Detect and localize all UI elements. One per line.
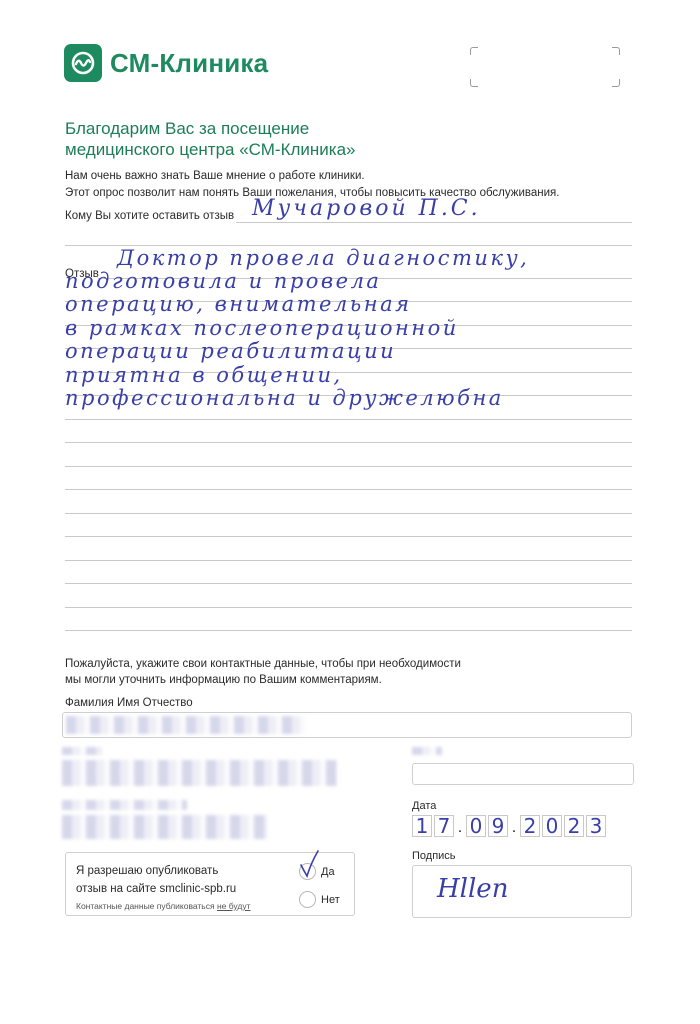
radio-yes-label: Да xyxy=(321,866,335,878)
contact-note-line: мы могли уточнить информацию по Вашим ко… xyxy=(65,672,461,688)
recipient-label: Кому Вы хотите оставить отзыв xyxy=(65,210,234,222)
date-digit: 0 xyxy=(542,815,562,837)
redacted-phone xyxy=(62,760,337,786)
title-line: Благодарим Вас за посещение xyxy=(65,118,356,139)
radio-no-label: Нет xyxy=(321,894,340,906)
review-line: приятна в общении, xyxy=(65,363,343,387)
signature-label: Подпись xyxy=(412,850,456,862)
clinic-logo: СМ-Клиника xyxy=(64,44,268,82)
corner-mark xyxy=(612,79,620,87)
corner-mark xyxy=(470,79,478,87)
ruled-line xyxy=(236,222,632,223)
intro-line: Нам очень важно знать Ваше мнение о рабо… xyxy=(65,168,559,185)
date-separator: . xyxy=(510,819,518,837)
corner-mark xyxy=(612,47,620,55)
signature-field[interactable]: Hllen xyxy=(412,865,632,918)
ruled-line xyxy=(65,583,632,584)
cm-wave-icon xyxy=(64,44,102,82)
redacted-label xyxy=(62,747,102,755)
redacted-label xyxy=(412,747,442,755)
recipient-field[interactable]: Мучаровой П.С. xyxy=(252,196,481,221)
ruled-line xyxy=(65,607,632,608)
contact-note-line: Пожалуйста, укажите свои контактные данн… xyxy=(65,656,461,672)
ruled-line xyxy=(65,536,632,537)
review-line: в рамках послеоперационной xyxy=(65,316,459,340)
ruled-line xyxy=(65,466,632,467)
date-separator: . xyxy=(456,819,464,837)
corner-mark xyxy=(470,47,478,55)
ruled-line xyxy=(65,513,632,514)
review-line: операции реабилитации xyxy=(65,339,396,363)
radio-no[interactable] xyxy=(299,891,316,908)
review-line: профессиональна и дружелюбна xyxy=(65,386,504,410)
contact-note: Пожалуйста, укажите свои контактные данн… xyxy=(65,656,461,688)
publish-consent-box: Я разрешаю опубликовать отзыв на сайте s… xyxy=(65,852,355,916)
redacted-label xyxy=(62,800,187,810)
date-digit: 7 xyxy=(434,815,454,837)
ruled-line xyxy=(65,560,632,561)
consent-note: Контактные данные публиковаться не будут xyxy=(76,901,251,911)
date-digit: 3 xyxy=(586,815,606,837)
review-line: Доктор провела диагностику, xyxy=(117,246,529,270)
ruled-line xyxy=(65,419,632,420)
consent-note-text: Контактные данные публиковаться xyxy=(76,901,217,911)
ruled-line xyxy=(65,442,632,443)
email-field[interactable] xyxy=(412,763,634,785)
date-field[interactable]: 1 7 . 0 9 . 2 0 2 3 xyxy=(412,815,608,837)
date-digit: 9 xyxy=(488,815,508,837)
page-title: Благодарим Вас за посещение медицинского… xyxy=(65,118,356,160)
consent-note-emphasis: не будут xyxy=(217,901,251,911)
redacted-fio xyxy=(66,716,306,734)
date-digit: 1 xyxy=(412,815,432,837)
ruled-line xyxy=(65,630,632,631)
consent-text: Я разрешаю опубликовать xyxy=(76,865,218,877)
date-digit: 0 xyxy=(466,815,486,837)
fio-label: Фамилия Имя Отчество xyxy=(65,697,193,709)
title-line: медицинского центра «СМ-Клиника» xyxy=(65,139,356,160)
ruled-line xyxy=(65,489,632,490)
consent-text: отзыв на сайте smclinic-spb.ru xyxy=(76,883,236,895)
review-line: операцию, внимательная xyxy=(65,292,412,316)
redacted-value xyxy=(62,815,267,839)
checkmark-icon xyxy=(296,849,322,879)
brand-name: СМ-Клиника xyxy=(110,48,268,79)
review-line: подготовила и провела xyxy=(65,269,381,293)
date-digit: 2 xyxy=(564,815,584,837)
date-digit: 2 xyxy=(520,815,540,837)
signature-value: Hllen xyxy=(437,874,508,904)
date-label: Дата xyxy=(412,800,436,812)
